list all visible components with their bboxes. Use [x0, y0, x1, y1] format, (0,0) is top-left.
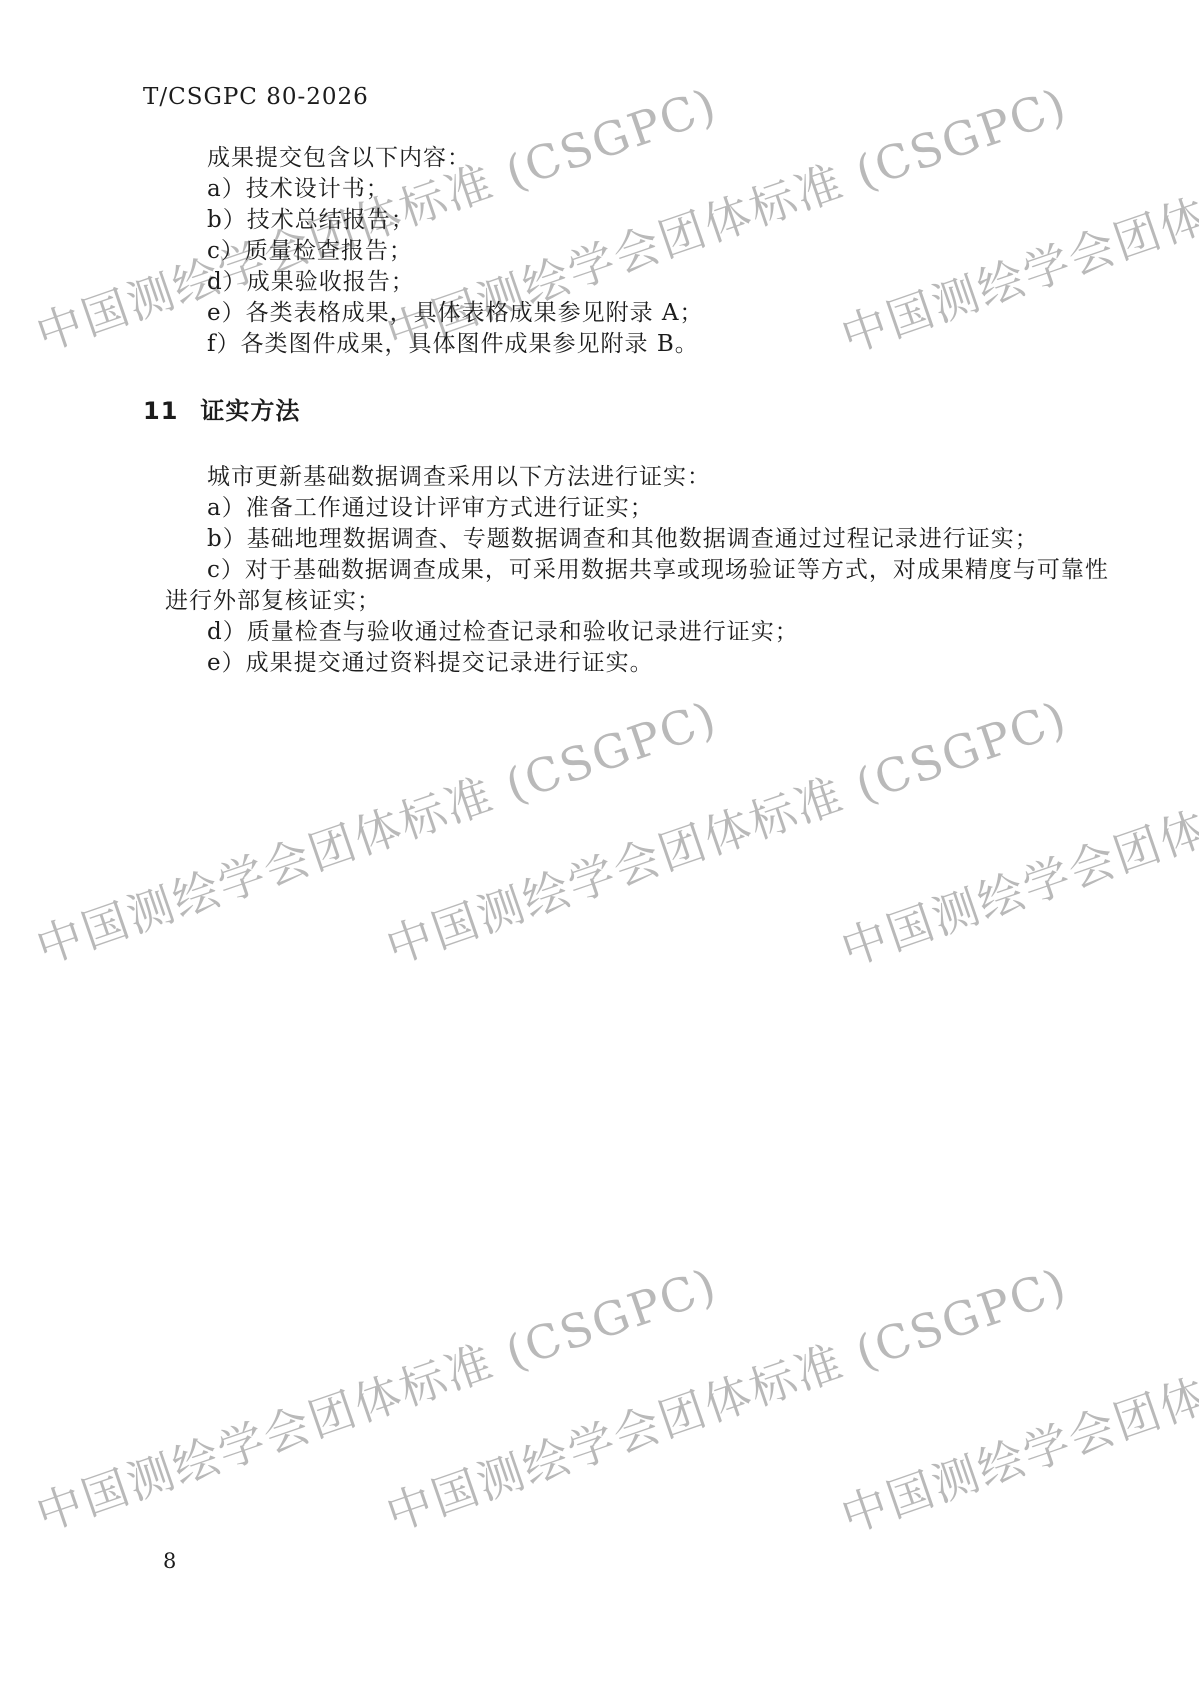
list-item: b）基础地理数据调查、专题数据调查和其他数据调查通过过程记录进行证实；	[165, 524, 1055, 555]
document-page: 中国测绘学会团体标准 (CSGPC) 中国测绘学会团体标准 (CSGPC) 中国…	[0, 0, 1199, 1696]
verification-method-list: 城市更新基础数据调查采用以下方法进行证实： a）准备工作通过设计评审方式进行证实…	[165, 462, 1055, 679]
list-item: b）技术总结报告；	[165, 205, 1055, 236]
page-number: 8	[163, 1549, 176, 1573]
list-item: c）对于基础数据调查成果，可采用数据共享或现场验证等方式，对成果精度与可靠性	[165, 555, 1055, 586]
list-item: d）成果验收报告；	[165, 267, 1055, 298]
list-item: d）质量检查与验收通过检查记录和验收记录进行证实；	[165, 617, 1055, 648]
section-title: 证实方法	[200, 397, 300, 425]
submission-content-list: 成果提交包含以下内容： a）技术设计书； b）技术总结报告； c）质量检查报告；…	[165, 143, 1055, 360]
content-layer: T/CSGPC 80-2026 成果提交包含以下内容： a）技术设计书； b）技…	[0, 0, 1199, 1696]
list-item: c）质量检查报告；	[165, 236, 1055, 267]
list-item: a）技术设计书；	[165, 174, 1055, 205]
list-item: a）准备工作通过设计评审方式进行证实；	[165, 493, 1055, 524]
list-item: e）各类表格成果，具体表格成果参见附录 A；	[165, 298, 1055, 329]
list-item: e）成果提交通过资料提交记录进行证实。	[165, 648, 1055, 679]
section-number: 11	[143, 397, 178, 425]
list-item-continuation: 进行外部复核证实；	[165, 586, 1055, 617]
paragraph-line: 成果提交包含以下内容：	[165, 143, 1055, 174]
standard-number-header: T/CSGPC 80-2026	[143, 84, 369, 110]
paragraph-line: 城市更新基础数据调查采用以下方法进行证实：	[165, 462, 1055, 493]
section-heading: 11证实方法	[143, 396, 300, 426]
list-item: f）各类图件成果，具体图件成果参见附录 B。	[165, 329, 1055, 360]
